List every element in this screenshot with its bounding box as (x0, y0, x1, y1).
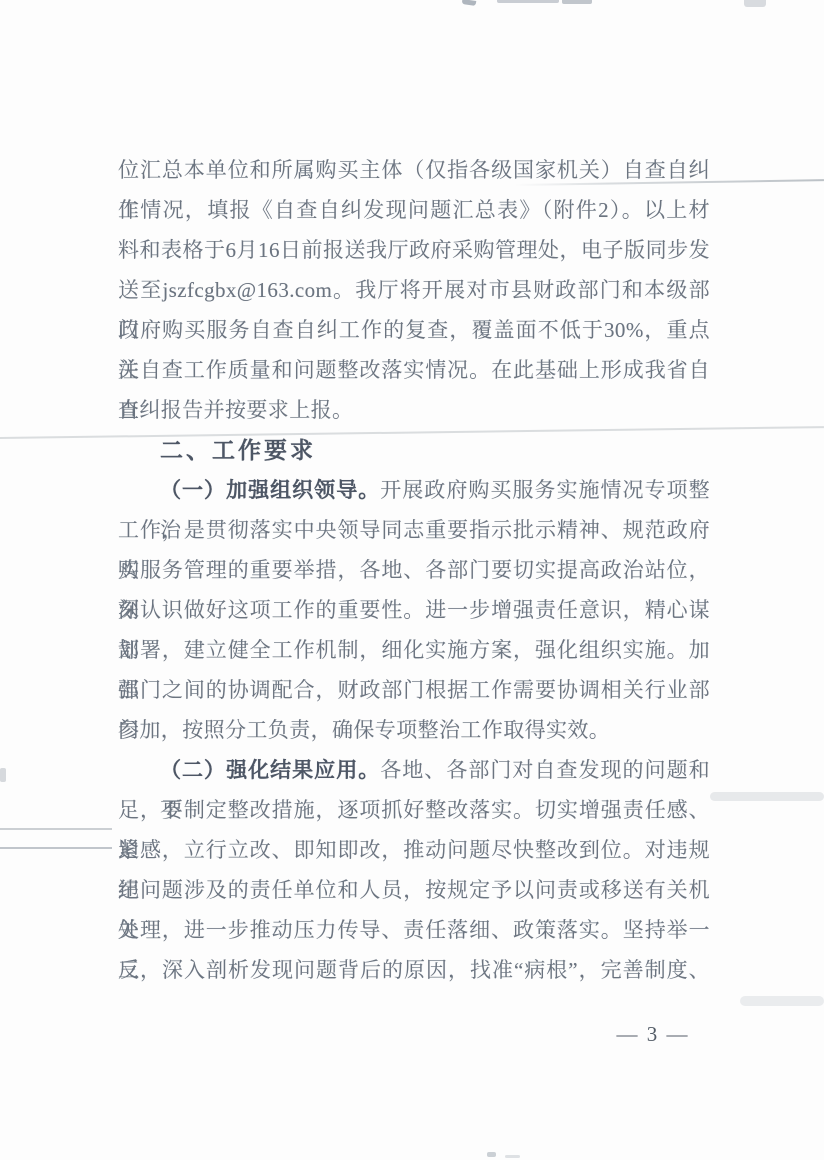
text-line: 部署，建立健全工作机制，细化实施方案，强化组织实施。加强 (118, 630, 710, 670)
text-run: 三，深入剖析发现问题背后的原因，找准“病根”，完善制度、 (118, 958, 710, 982)
scan-artifact-speck (462, 0, 477, 6)
text-line: 自纠报告并按要求上报。 (118, 390, 710, 430)
scan-artifact-smudge (710, 792, 824, 801)
scan-artifact-speck (505, 1155, 520, 1158)
scan-artifact-speck (744, 0, 766, 7)
text-line: 刻认识做好这项工作的重要性。进一步增强责任意识，精心谋划 (118, 590, 710, 630)
emphasized-text-run: （一）加强组织领导。 (160, 478, 380, 502)
text-line: 工作，是贯彻落实中央领导同志重要指示批示精神、规范政府购 (118, 510, 710, 550)
scan-artifact-speck (497, 0, 559, 3)
text-run: 自纠报告并按要求上报。 (118, 398, 353, 422)
text-line: 迫感，立行立改、即知即改，推动问题尽快整改到位。对违规违 (118, 830, 710, 870)
text-line: 参加，按照分工负责，确保专项整治工作取得实效。 (118, 710, 710, 750)
text-line: （二）强化结果应用。各地、各部门对自查发现的问题和不 (118, 750, 710, 790)
document-text-block: 位汇总本单位和所属购买主体（仅指各级国家机关）自查自纠工作情况，填报《自查自纠发… (118, 150, 710, 990)
text-line: 作情况，填报《自查自纠发现问题汇总表》（附件2）。以上材 (118, 190, 710, 230)
scanned-document-page: 位汇总本单位和所属购买主体（仅指各级国家机关）自查自纠工作情况，填报《自查自纠发… (0, 0, 824, 1160)
scan-artifact-smudge (740, 996, 824, 1006)
text-line: 位汇总本单位和所属购买主体（仅指各级国家机关）自查自纠工 (118, 150, 710, 190)
scan-artifact-line (0, 847, 112, 849)
text-line: 处理，进一步推动压力传导、责任落细、政策落实。坚持举一反 (118, 910, 710, 950)
text-line: 足，要制定整改措施，逐项抓好整改落实。切实增强责任感、紧 (118, 790, 710, 830)
text-line: 政府购买服务自查自纠工作的复查，覆盖面不低于30%，重点关 (118, 310, 710, 350)
section-heading: 二、工作要求 (118, 430, 710, 470)
emphasized-text-run: 二、工作要求 (160, 437, 316, 463)
text-run: 料和表格于6月16日前报送我厅政府采购管理处，电子版同步发 (118, 238, 710, 262)
text-line: 送至jszfcgbx@163.com。我厅将开展对市县财政部门和本级部门 (118, 270, 710, 310)
text-line: 部门之间的协调配合，财政部门根据工作需要协调相关行业部门 (118, 670, 710, 710)
text-line: 纪问题涉及的责任单位和人员，按规定予以问责或移送有关机关 (118, 870, 710, 910)
scan-artifact-speck (487, 1152, 496, 1157)
text-run: 作情况，填报《自查自纠发现问题汇总表》（附件2）。以上材 (118, 198, 710, 222)
scan-artifact-speck (562, 0, 592, 4)
page-number: — 3 — (608, 1022, 698, 1046)
text-line: 注自查工作质量和问题整改落实情况。在此基础上形成我省自查 (118, 350, 710, 390)
text-run: 参加，按照分工负责，确保专项整治工作取得实效。 (118, 718, 610, 742)
text-line: 买服务管理的重要举措，各地、各部门要切实提高政治站位，深 (118, 550, 710, 590)
text-line: 三，深入剖析发现问题背后的原因，找准“病根”，完善制度、 (118, 950, 710, 990)
emphasized-text-run: （二）强化结果应用。 (160, 758, 380, 782)
text-line: 料和表格于6月16日前报送我厅政府采购管理处，电子版同步发 (118, 230, 710, 270)
scan-artifact-line (0, 828, 112, 830)
text-line: （一）加强组织领导。开展政府购买服务实施情况专项整治 (118, 470, 710, 510)
scan-artifact-speck (0, 768, 6, 782)
